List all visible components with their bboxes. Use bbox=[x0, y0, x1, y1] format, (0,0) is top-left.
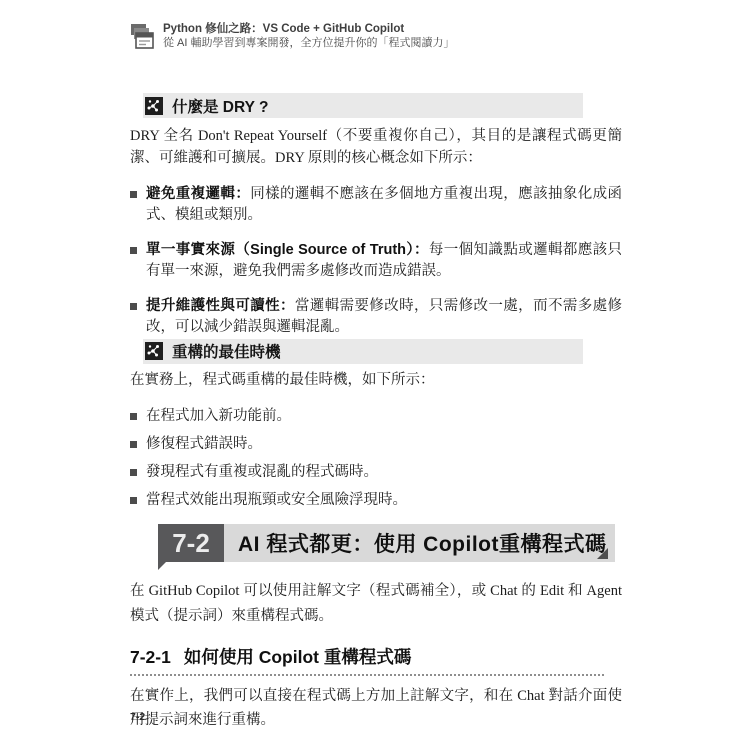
infobox-dry-header: 什麼是 DRY ? bbox=[143, 93, 583, 118]
chapter-number-tail-icon bbox=[158, 562, 166, 570]
running-head-text: Python 修仙之路：VS Code + GitHub Copilot 從 A… bbox=[163, 22, 455, 50]
list-item: 發現程式有重複或混亂的程式碼時。 bbox=[130, 462, 622, 484]
bullet-square-icon bbox=[130, 191, 137, 198]
list-item: 提升維護性與可讀性：當邏輯需要修改時，只需修改一處，而不需多處修改，可以減少錯誤… bbox=[130, 296, 622, 339]
bullet-square-icon bbox=[130, 247, 137, 254]
page-content: Python 修仙之路：VS Code + GitHub Copilot 從 A… bbox=[130, 22, 622, 746]
infobox-timing-header: 重構的最佳時機 bbox=[143, 339, 583, 364]
dry-intro-paragraph: DRY 全名 Don't Repeat Yourself（不要重複你自己），其目… bbox=[130, 126, 622, 169]
bullet-square-icon bbox=[130, 303, 137, 310]
book-title: Python 修仙之路：VS Code + GitHub Copilot bbox=[163, 22, 455, 36]
molecule-icon bbox=[145, 97, 163, 115]
subsection-number: 7-2-1 bbox=[130, 647, 171, 667]
infobox-timing-title: 重構的最佳時機 bbox=[172, 340, 281, 362]
subsection-intro-paragraph: 在實作上，我們可以直接在程式碼上方加上註解文字，和在 Chat 對話介面使用提示… bbox=[130, 684, 622, 732]
list-item-text: 避免重複邏輯：同樣的邏輯不應該在多個地方重複出現，應該抽象化成函式、模組或類別。 bbox=[146, 184, 622, 227]
bullet-square-icon bbox=[130, 413, 137, 420]
chapter-number-box: 7-2 bbox=[158, 524, 224, 562]
chapter-title-bar: AI 程式都更：使用 Copilot重構程式碼 bbox=[224, 524, 615, 562]
list-item-text: 修復程式錯誤時。 bbox=[146, 434, 262, 456]
list-item-lead: 單一事實來源（Single Source of Truth）： bbox=[146, 242, 429, 258]
timing-list: 在程式加入新功能前。 修復程式錯誤時。 發現程式有重複或混亂的程式碼時。 當程式… bbox=[130, 406, 622, 512]
list-item-text: 在程式加入新功能前。 bbox=[146, 406, 291, 428]
list-item-text: 發現程式有重複或混亂的程式碼時。 bbox=[146, 462, 378, 484]
chapter-number: 7-2 bbox=[172, 528, 210, 559]
list-item: 單一事實來源（Single Source of Truth）：每一個知識點或邏輯… bbox=[130, 240, 622, 283]
list-item-text: 當程式效能出現瓶頸或安全風險浮現時。 bbox=[146, 490, 407, 512]
subsection-title: 如何使用 Copilot 重構程式碼 bbox=[184, 647, 411, 667]
dry-principles-list: 避免重複邏輯：同樣的邏輯不應該在多個地方重複出現，應該抽象化成函式、模組或類別。… bbox=[130, 184, 622, 339]
chapter-heading-7-2: 7-2 AI 程式都更：使用 Copilot重構程式碼 bbox=[158, 524, 615, 562]
list-item-lead: 避免重複邏輯： bbox=[146, 186, 250, 202]
list-item: 當程式效能出現瓶頸或安全風險浮現時。 bbox=[130, 490, 622, 512]
molecule-icon bbox=[145, 342, 163, 360]
chapter-title: AI 程式都更：使用 Copilot重構程式碼 bbox=[238, 528, 606, 558]
book-page: Python 修仙之路：VS Code + GitHub Copilot 從 A… bbox=[0, 0, 750, 750]
list-item-lead: 提升維護性與可讀性： bbox=[146, 298, 295, 314]
timing-intro-paragraph: 在實務上，程式碼重構的最佳時機，如下所示： bbox=[130, 370, 622, 392]
bullet-square-icon bbox=[130, 441, 137, 448]
book-subtitle: 從 AI 輔助學習到專案開發，全方位提升你的「程式閱讀力」 bbox=[163, 36, 455, 50]
page-number: 7-2 bbox=[130, 711, 145, 723]
bullet-square-icon bbox=[130, 469, 137, 476]
chapter-intro-paragraph: 在 GitHub Copilot 可以使用註解文字（程式碼補全），或 Chat … bbox=[130, 579, 622, 629]
list-item-text: 提升維護性與可讀性：當邏輯需要修改時，只需修改一處，而不需多處修改，可以減少錯誤… bbox=[146, 296, 622, 339]
list-item: 避免重複邏輯：同樣的邏輯不應該在多個地方重複出現，應該抽象化成函式、模組或類別。 bbox=[130, 184, 622, 227]
stacked-windows-icon bbox=[130, 23, 154, 55]
bullet-square-icon bbox=[130, 497, 137, 504]
infobox-dry-title: 什麼是 DRY ? bbox=[172, 95, 268, 117]
list-item: 在程式加入新功能前。 bbox=[130, 406, 622, 428]
running-head: Python 修仙之路：VS Code + GitHub Copilot 從 A… bbox=[130, 22, 622, 52]
corner-triangle-icon bbox=[597, 548, 608, 559]
subsection-heading-7-2-1: 7-2-1如何使用 Copilot 重構程式碼 bbox=[130, 644, 604, 676]
list-item: 修復程式錯誤時。 bbox=[130, 434, 622, 456]
list-item-text: 單一事實來源（Single Source of Truth）：每一個知識點或邏輯… bbox=[146, 240, 622, 283]
